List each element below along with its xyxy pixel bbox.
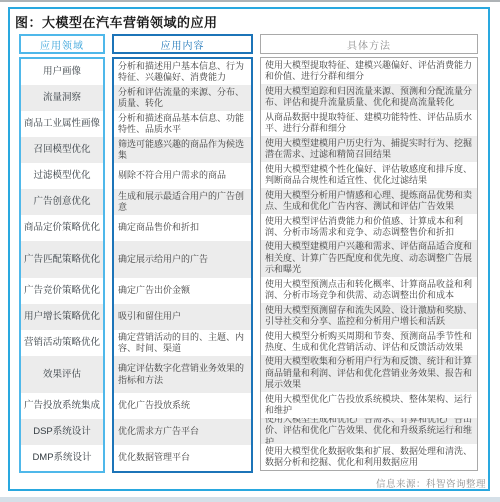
method-cell: 使用大模型预测点击和转化概率、计算商品收益和利润、分析市场竞争和供需、动态调整出…	[261, 277, 477, 303]
field-cell: 商品定价策略优化	[21, 215, 103, 241]
column-application-field: 应用领域 用户画像流量洞察商品工业属性画像召回模型优化过滤模型优化广告创意优化商…	[19, 34, 105, 473]
field-cell: 广告匹配策略优化	[21, 241, 103, 278]
field-column-body: 用户画像流量洞察商品工业属性画像召回模型优化过滤模型优化广告创意优化商品定价策略…	[19, 57, 105, 473]
field-column-header: 应用领域	[19, 34, 105, 54]
method-cell: 使用大模型生成和优化广告需求、计算和优化广告出价、评估和优化广告效果、优化和升级…	[261, 418, 477, 444]
content-cell: 分析和评估流量的来源、分布、质量、转化	[114, 85, 251, 111]
figure-page: 图：大模型在汽车营销领域的应用 应用领域 用户画像流量洞察商品工业属性画像召回模…	[0, 0, 500, 502]
method-cell: 使用大模型建模用户兴趣和需求、评估商品适合度和相关度、计算广告匹配度和优先度、动…	[261, 240, 477, 277]
method-cell: 使用大模型预测留存和流失风险、设计激励和奖励、引导社交和分享、监控和分析用户增长…	[261, 303, 477, 329]
content-cell: 确定营销活动的目的、主题、内容、时间、渠道	[114, 330, 251, 356]
content-cell: 确定展示给用户的广告	[114, 241, 251, 278]
method-cell: 使用大模型追踪和归因流量来源、预测和分配流量分布、评估和提升流量质量、优化和提高…	[261, 84, 477, 110]
column-application-content: 应用内容 分析和描述用户基本信息、行为特征、兴趣偏好、消费能力分析和评估流量的来…	[112, 34, 253, 473]
source-note: 信息来源：科智咨询整理	[376, 476, 486, 490]
content-cell: 筛选可能感兴趣的商品作为候选集	[114, 137, 251, 163]
content-cell: 优化需求方广告平台	[114, 419, 251, 445]
method-cell: 使用大模型优化广告投放系统模块、整体架构、运行和维护	[261, 392, 477, 418]
field-cell: 用户增长策略优化	[21, 304, 103, 330]
content-cell: 确定广告出价金额	[114, 278, 251, 304]
field-cell: 效果评估	[21, 356, 103, 393]
method-column-body: 使用大模型提取特征、建模兴趣偏好、评估消费能力和价值、进行分群和细分使用大模型追…	[260, 57, 478, 471]
method-cell: 使用大模型优化数据收集和扩展、数据处理和清洗、数据分析和挖掘、优化和利用数据应用	[261, 444, 477, 470]
content-column-body: 分析和描述用户基本信息、行为特征、兴趣偏好、消费能力分析和评估流量的来源、分布、…	[112, 57, 253, 473]
content-cell: 优化数据管理平台	[114, 445, 251, 471]
image-top-edge	[0, 0, 500, 2]
content-cell: 生成和展示最适合用户的广告创意	[114, 189, 251, 215]
field-cell: 召回模型优化	[21, 137, 103, 163]
field-cell: 广告投放系统集成	[21, 393, 103, 419]
method-column-header: 具体方法	[260, 34, 478, 54]
field-cell: 营销活动策略优化	[21, 330, 103, 356]
content-cell: 分析和描述用户基本信息、行为特征、兴趣偏好、消费能力	[114, 59, 251, 85]
method-cell: 使用大模型评估消费能力和价值感、计算成本和利润、分析市场需求和竞争、动态调整售价…	[261, 214, 477, 240]
method-cell: 使用大模型提取特征、建模兴趣偏好、评估消费能力和价值、进行分群和细分	[261, 58, 477, 84]
field-cell: 广告创意优化	[21, 189, 103, 215]
method-cell: 使用大模型分析购买周期和节奏、预测商品季节性和热度、生成和优化营销活动、评估和反…	[261, 329, 477, 355]
field-cell: DSP系统设计	[21, 419, 103, 445]
content-cell: 剔除不符合用户需求的商品	[114, 163, 251, 189]
method-cell: 从商品数据中提取特征、建模功能特性、评估品质水平、进行分群和细分	[261, 110, 477, 136]
content-cell: 吸引和留住用户	[114, 304, 251, 330]
content-cell: 优化广告投放系统	[114, 393, 251, 419]
content-cell: 确定商品售价和折扣	[114, 215, 251, 241]
content-cell: 确定评估数字化营销业务效果的指标和方法	[114, 356, 251, 393]
field-cell: 商品工业属性画像	[21, 111, 103, 137]
field-cell: 过滤模型优化	[21, 163, 103, 189]
field-cell: 广告竞价策略优化	[21, 278, 103, 304]
method-cell: 使用大模型建模用户历史行为、捕捉实时行为、挖掘潜在需求、过滤和精简召回结果	[261, 136, 477, 162]
method-cell: 使用大模型建模个性化偏好、评估敏感度和排斥度、判断商品合规性和适宜性、优化过滤结…	[261, 162, 477, 188]
field-cell: 流量洞察	[21, 85, 103, 111]
field-cell: DMP系统设计	[21, 445, 103, 471]
method-cell: 使用大模型收集和分析用户行为和反馈、统计和计算商品销量和利润、评估和优化营销业务…	[261, 355, 477, 392]
content-cell: 分析和描述商品基本信息、功能特性、品质水平	[114, 111, 251, 137]
image-bottom-edge	[0, 497, 500, 502]
method-cell: 使用大模型分析用户情感和心理、提炼商品优势和卖点、生成和优化广告内容、测试和评估…	[261, 188, 477, 214]
content-column-header: 应用内容	[112, 34, 253, 54]
column-specific-method: 具体方法 使用大模型提取特征、建模兴趣偏好、评估消费能力和价值、进行分群和细分使…	[260, 34, 478, 471]
figure-title: 图：大模型在汽车营销领域的应用	[15, 12, 218, 31]
field-cell: 用户画像	[21, 59, 103, 85]
